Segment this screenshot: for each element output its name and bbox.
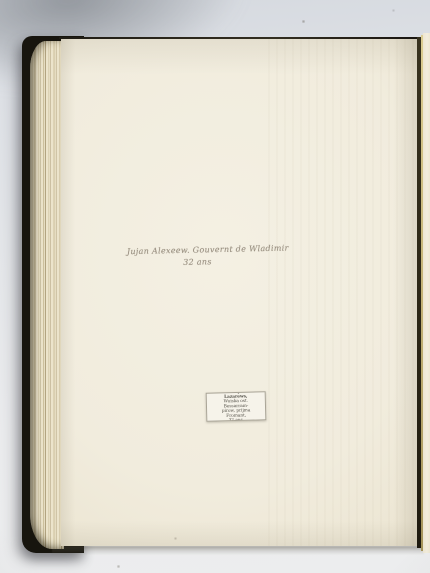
handwritten-inscription: Jujan Alexeew. Gouvernt de Wladimir 32 a…	[127, 242, 317, 269]
label-line-4: 32 ans.	[222, 418, 251, 422]
fore-edge-pages	[30, 41, 64, 549]
facing-page-edge	[423, 33, 430, 553]
open-album: Jujan Alexeew. Gouvernt de Wladimir 32 a…	[0, 0, 430, 573]
book-bottom-shadow	[52, 546, 424, 555]
paper-texture	[268, 39, 418, 546]
collection-label: Iosaph Lazarews, Woiska ost. Bessarram- …	[206, 391, 267, 421]
photo: { "photo": { "subject": "Photograph of a…	[0, 0, 430, 573]
album-page: Jujan Alexeew. Gouvernt de Wladimir 32 a…	[61, 39, 418, 546]
dust-specks	[0, 0, 1, 1]
collection-label-text: Iosaph Lazarews, Woiska ost. Bessarram- …	[221, 391, 251, 421]
